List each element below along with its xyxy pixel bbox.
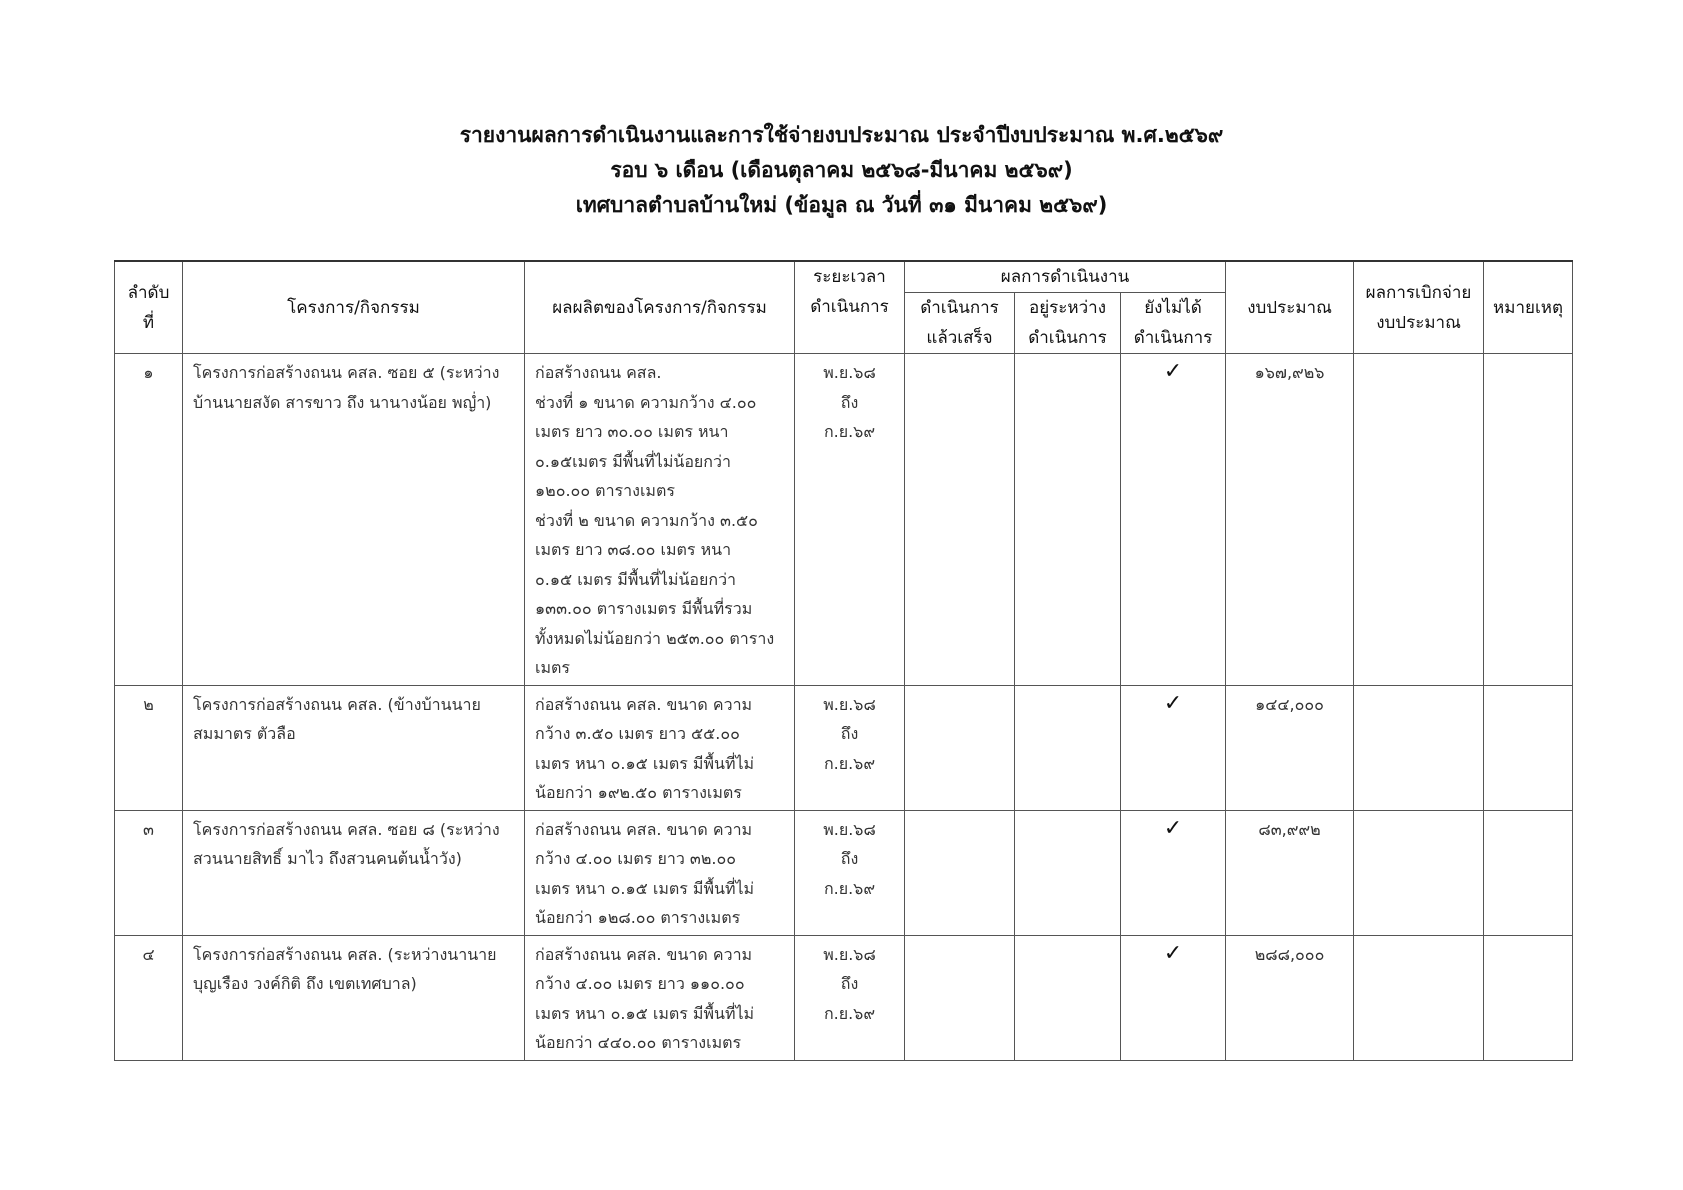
disbursed-amount (1354, 354, 1484, 686)
project-output: ก่อสร้างถนน คสล.ช่วงที่ ๑ ขนาด ความกว้าง… (525, 354, 795, 686)
col-header-done: ดำเนินการแล้วเสร็จ (905, 293, 1015, 354)
col-header-project: โครงการ/กิจกรรม (183, 261, 525, 354)
col-header-no: ลำดับที่ (115, 261, 183, 354)
col-header-disbursed: ผลการเบิกจ่ายงบประมาณ (1354, 261, 1484, 354)
remark (1484, 810, 1573, 935)
report-title: รายงานผลการดำเนินงานและการใช้จ่ายงบประมา… (0, 118, 1683, 223)
table-row: ๒โครงการก่อสร้างถนน คสล. (ข้างบ้านนายสมม… (115, 685, 1573, 810)
budget-amount: ๑๖๗,๙๒๖ (1226, 354, 1354, 686)
status-in-progress (1015, 935, 1121, 1060)
status-done (905, 354, 1015, 686)
project-name: โครงการก่อสร้างถนน คสล. (ข้างบ้านนายสมมา… (183, 685, 525, 810)
row-number: ๑ (115, 354, 183, 686)
budget-amount: ๒๘๘,๐๐๐ (1226, 935, 1354, 1060)
disbursed-amount (1354, 685, 1484, 810)
project-output: ก่อสร้างถนน คสล. ขนาด ความกว้าง ๔.๐๐ เมต… (525, 810, 795, 935)
title-line-3: เทศบาลตำบลบ้านใหม่ (ข้อมูล ณ วันที่ ๓๑ ม… (0, 188, 1683, 223)
status-in-progress (1015, 685, 1121, 810)
row-number: ๒ (115, 685, 183, 810)
title-line-1: รายงานผลการดำเนินงานและการใช้จ่ายงบประมา… (0, 118, 1683, 153)
project-period: พ.ย.๖๘ถึงก.ย.๖๙ (795, 935, 905, 1060)
row-number: ๓ (115, 810, 183, 935)
remark (1484, 354, 1573, 686)
col-header-period: ระยะเวลาดำเนินการ (795, 261, 905, 354)
project-name: โครงการก่อสร้างถนน คสล. ซอย ๘ (ระหว่างสว… (183, 810, 525, 935)
project-name: โครงการก่อสร้างถนน คสล. (ระหว่างนานายบุญ… (183, 935, 525, 1060)
remark (1484, 935, 1573, 1060)
status-not-started: ✓ (1121, 935, 1226, 1060)
col-header-not-started: ยังไม่ได้ดำเนินการ (1121, 293, 1226, 354)
col-header-budget: งบประมาณ (1226, 261, 1354, 354)
status-done (905, 810, 1015, 935)
status-in-progress (1015, 354, 1121, 686)
col-header-in-progress: อยู่ระหว่างดำเนินการ (1015, 293, 1121, 354)
budget-amount: ๘๓,๙๙๒ (1226, 810, 1354, 935)
status-in-progress (1015, 810, 1121, 935)
table-row: ๔โครงการก่อสร้างถนน คสล. (ระหว่างนานายบุ… (115, 935, 1573, 1060)
status-done (905, 685, 1015, 810)
budget-amount: ๑๔๔,๐๐๐ (1226, 685, 1354, 810)
check-icon: ✓ (1164, 816, 1182, 841)
title-line-2: รอบ ๖ เดือน (เดือนตุลาคม ๒๕๖๘-มีนาคม ๒๕๖… (0, 153, 1683, 188)
project-period: พ.ย.๖๘ถึงก.ย.๖๙ (795, 810, 905, 935)
project-period: พ.ย.๖๘ถึงก.ย.๖๙ (795, 354, 905, 686)
project-name: โครงการก่อสร้างถนน คสล. ซอย ๕ (ระหว่างบ้… (183, 354, 525, 686)
status-done (905, 935, 1015, 1060)
disbursed-amount (1354, 935, 1484, 1060)
status-not-started: ✓ (1121, 685, 1226, 810)
project-output: ก่อสร้างถนน คสล. ขนาด ความกว้าง ๔.๐๐ เมต… (525, 935, 795, 1060)
row-number: ๔ (115, 935, 183, 1060)
check-icon: ✓ (1164, 691, 1182, 716)
project-period: พ.ย.๖๘ถึงก.ย.๖๙ (795, 685, 905, 810)
col-header-remark: หมายเหตุ (1484, 261, 1573, 354)
project-output: ก่อสร้างถนน คสล. ขนาด ความกว้าง ๓.๕๐ เมต… (525, 685, 795, 810)
report-table: ลำดับที่ โครงการ/กิจกรรม ผลผลิตของโครงกา… (114, 260, 1573, 1061)
disbursed-amount (1354, 810, 1484, 935)
check-icon: ✓ (1164, 359, 1182, 384)
remark (1484, 685, 1573, 810)
status-not-started: ✓ (1121, 810, 1226, 935)
check-icon: ✓ (1164, 941, 1182, 966)
status-not-started: ✓ (1121, 354, 1226, 686)
col-header-result-group: ผลการดำเนินงาน (905, 261, 1226, 293)
col-header-output: ผลผลิตของโครงการ/กิจกรรม (525, 261, 795, 354)
table-row: ๑โครงการก่อสร้างถนน คสล. ซอย ๕ (ระหว่างบ… (115, 354, 1573, 686)
table-row: ๓โครงการก่อสร้างถนน คสล. ซอย ๘ (ระหว่างส… (115, 810, 1573, 935)
